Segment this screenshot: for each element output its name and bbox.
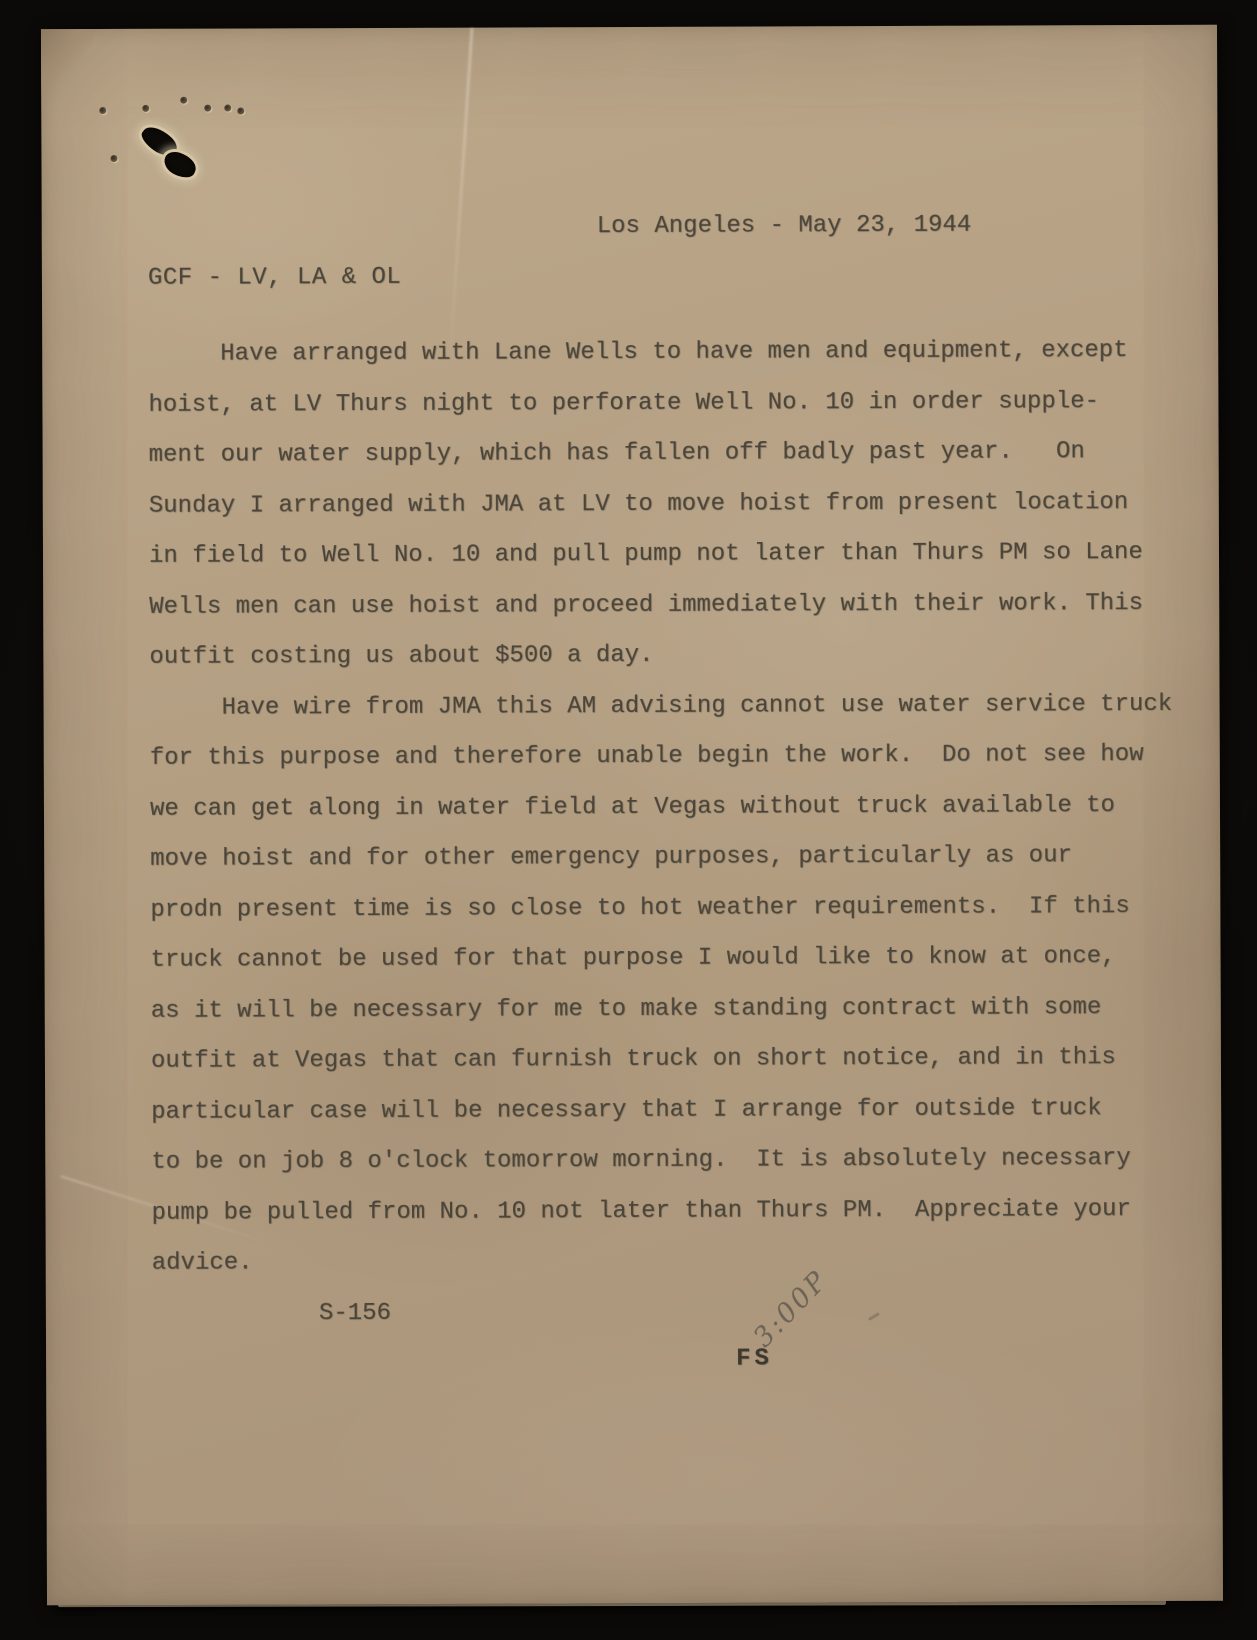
reference-number: S-156 [319, 1300, 391, 1327]
body-line: hoist, at LV Thurs night to perforate We… [148, 376, 1171, 430]
letter-page: Los Angeles - May 23, 1944 GCF - LV, LA … [41, 25, 1223, 1606]
body-line: Have arranged with Lane Wells to have me… [148, 326, 1171, 380]
paper-crease [449, 28, 474, 357]
body-line: Have wire from JMA this AM advising cann… [149, 679, 1172, 733]
recipient-line: GCF - LV, LA & OL [148, 264, 401, 292]
body-line: truck cannot be used for that purpose I … [150, 932, 1173, 986]
dateline: Los Angeles - May 23, 1944 [597, 212, 972, 240]
body-line: we can get along in water field at Vegas… [150, 780, 1173, 834]
corner-fold [41, 29, 93, 113]
body-line: advice. [152, 1235, 1175, 1289]
body-line: to be on job 8 o'clock tomorrow morning.… [151, 1134, 1174, 1188]
body-line: Wells men can use hoist and proceed imme… [149, 578, 1172, 632]
body-line: as it will be necessary for me to make s… [151, 982, 1174, 1036]
pin-hole [142, 105, 149, 112]
pin-hole [99, 107, 106, 114]
body-line: in field to Well No. 10 and pull pump no… [149, 528, 1172, 582]
body-line: for this purpose and therefore unable be… [150, 730, 1173, 784]
pin-hole [110, 155, 117, 162]
letter-body: Have arranged with Lane Wells to have me… [148, 326, 1174, 1289]
pin-hole [180, 97, 187, 104]
body-line: prodn present time is so close to hot we… [150, 881, 1173, 935]
body-line: outfit costing us about $500 a day. [149, 629, 1172, 683]
pin-hole [237, 107, 244, 114]
pencil-mark [868, 1312, 880, 1321]
body-line: move hoist and for other emergency purpo… [150, 831, 1173, 885]
body-line: outfit at Vegas that can furnish truck o… [151, 1033, 1174, 1087]
scan-background: Los Angeles - May 23, 1944 GCF - LV, LA … [0, 0, 1257, 1640]
body-line: Sunday I arranged with JMA at LV to move… [149, 477, 1172, 531]
pin-hole [204, 105, 211, 112]
body-line: particular case will be necessary that I… [151, 1083, 1174, 1137]
body-line: ment our water supply, which has fallen … [149, 427, 1172, 481]
pin-hole [224, 105, 231, 112]
body-line: pump be pulled from No. 10 not later tha… [151, 1184, 1174, 1238]
